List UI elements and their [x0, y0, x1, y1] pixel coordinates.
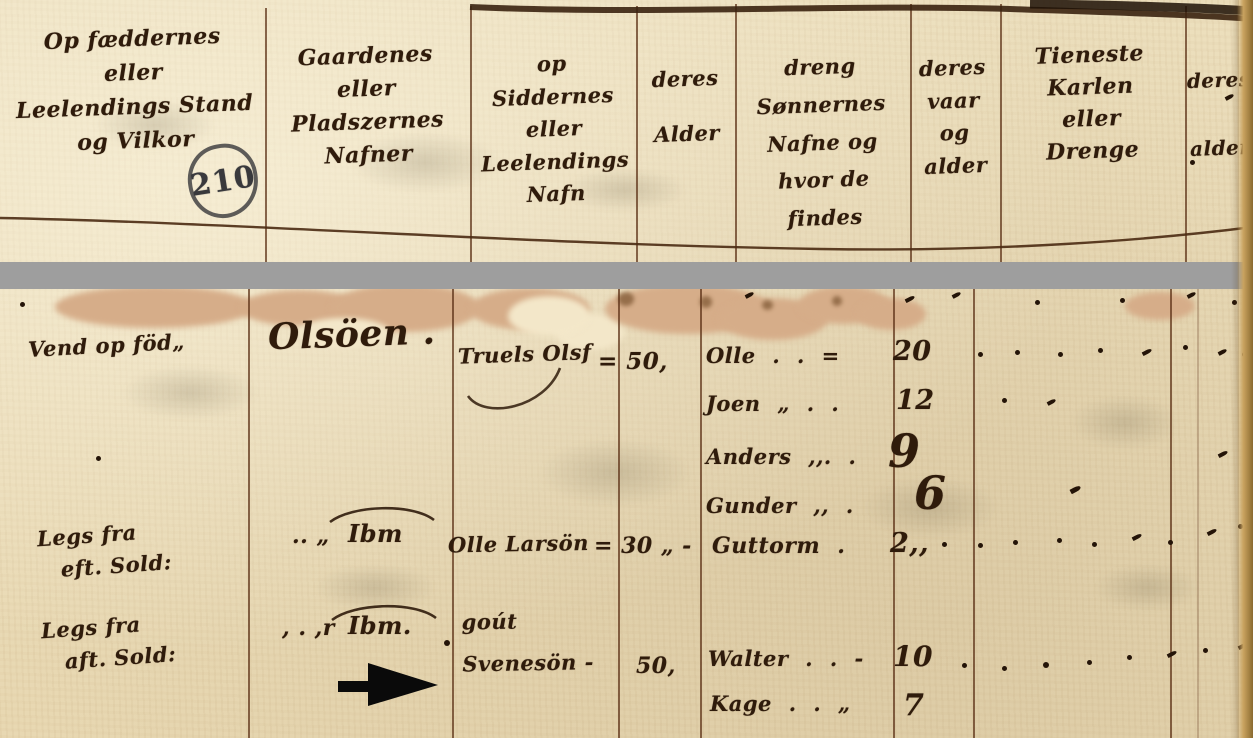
- header-col-farm-names: Gaardenes eller Pladszernes Nafner: [270, 37, 464, 176]
- ink-smudge: [762, 300, 773, 310]
- header-col-tenant-name: op Siddernes eller Leelendings Nafn: [475, 45, 633, 213]
- ink-speck: [20, 302, 25, 307]
- ink-speck: [1190, 160, 1195, 165]
- section-separator-band: [0, 262, 1253, 289]
- row3-farm-ditto: , . ,r: [282, 614, 342, 644]
- row3-son-age: 10: [893, 638, 933, 676]
- ink-speck: [1187, 291, 1197, 299]
- ink-speck: [1167, 650, 1178, 658]
- row1-son-age: 6: [914, 462, 947, 524]
- row1-son-name: Joen „ . .: [706, 390, 891, 418]
- row2-holder-name: Olle Larsön: [448, 529, 613, 560]
- mask-blob: [1125, 292, 1195, 320]
- ink-speck: [1002, 666, 1007, 671]
- ink-speck: [1120, 298, 1125, 303]
- bleed-through-mark: [510, 425, 720, 520]
- page-number: 210: [188, 159, 258, 204]
- mask-blob: [856, 298, 926, 330]
- row1-son-name: Anders ,,. .: [706, 443, 891, 471]
- ink-speck: [1218, 348, 1228, 356]
- ink-speck: [1043, 662, 1049, 668]
- row1-son-age: 20: [893, 334, 932, 370]
- row2-son-age: 2,,: [890, 526, 929, 562]
- row3-holder-name: goút Svenesön -: [461, 599, 632, 686]
- header-col-their-age: deres Alder: [638, 50, 734, 162]
- ink-speck: [1142, 348, 1153, 356]
- column-rule: [470, 6, 472, 262]
- ink-speck: [444, 640, 450, 646]
- ink-speck: [1207, 528, 1218, 536]
- mask-blob: [55, 286, 255, 328]
- row2-holder-age: = 30 „ -: [594, 532, 704, 562]
- ink-speck: [1092, 542, 1097, 547]
- column-rule: [636, 6, 638, 262]
- row1-son-age: 12: [896, 383, 935, 419]
- bleed-through-mark: [95, 355, 285, 430]
- ink-speck: [1035, 300, 1040, 305]
- column-rule: [265, 8, 267, 262]
- row1-holder-age: = 50,: [598, 346, 688, 377]
- row3-son-name: Walter . . -: [708, 645, 893, 673]
- row3-son-age: 7: [903, 686, 924, 727]
- header-col-estate-condition: Op fæddernes eller Leelendings Stand og …: [12, 18, 257, 163]
- ink-speck: [1183, 345, 1188, 350]
- ink-speck: [1002, 398, 1007, 403]
- row3-farm-name: Ibm.: [348, 610, 443, 642]
- row2-son-name: Guttorm .: [712, 532, 897, 562]
- row1-holder-name: Truels Olsf: [458, 337, 619, 371]
- row3-holder-age: 50,: [636, 652, 706, 682]
- ink-smudge: [618, 292, 634, 306]
- ink-speck: [1132, 533, 1143, 541]
- ink-speck: [1168, 540, 1173, 545]
- ink-smudge: [832, 296, 842, 306]
- mask-blob: [508, 296, 590, 336]
- page-edge: [1237, 0, 1253, 738]
- column-rule: [1170, 289, 1172, 738]
- ink-speck: [1203, 648, 1208, 653]
- header-col-servants: Tieneste Karlen eller Drenge: [1000, 37, 1182, 171]
- ink-speck: [978, 543, 983, 548]
- ink-speck: [96, 456, 101, 461]
- row2-remark: Legs fra eft. Sold:: [36, 509, 250, 586]
- ink-speck: [1098, 348, 1103, 353]
- ink-speck: [1047, 398, 1057, 406]
- ink-speck: [1013, 540, 1018, 545]
- row1-son-name: Gunder ,, .: [706, 492, 891, 520]
- row2-farm-ditto: .. „: [292, 522, 347, 552]
- row3-remark: Legs fra aft. Sold:: [40, 601, 254, 678]
- ink-speck: [1057, 538, 1062, 543]
- column-rule: [452, 289, 454, 738]
- ink-speck: [1058, 352, 1063, 357]
- column-rule: [1185, 6, 1187, 262]
- ink-speck: [1015, 350, 1020, 355]
- row1-son-name: Olle . . =: [706, 342, 891, 370]
- ink-speck: [952, 291, 962, 299]
- header-col-sons-names: dreng Sønnernes Nafne og hvor de findes: [737, 45, 908, 240]
- row3-son-name: Kage . . „: [710, 690, 895, 718]
- row1-farm-name: Olsöen .: [267, 307, 459, 362]
- page-crease-line: [1197, 289, 1199, 738]
- ink-speck: [962, 663, 967, 668]
- header-col-sons-age: deres vaar og alder: [910, 51, 998, 184]
- ink-speck: [942, 542, 947, 547]
- column-rule: [248, 289, 250, 738]
- row2-farm-name: Ibm: [348, 518, 438, 550]
- ink-speck: [1069, 485, 1081, 495]
- ink-speck: [978, 352, 983, 357]
- column-rule: [735, 4, 737, 262]
- column-rule: [973, 289, 975, 738]
- arrow-marker-icon: [338, 656, 440, 710]
- ink-speck: [1127, 655, 1132, 660]
- ink-speck: [1087, 660, 1092, 665]
- ink-speck: [1218, 450, 1229, 458]
- manuscript-page: Op fæddernes eller Leelendings Stand og …: [0, 0, 1253, 738]
- bleed-through-mark: [1050, 385, 1200, 460]
